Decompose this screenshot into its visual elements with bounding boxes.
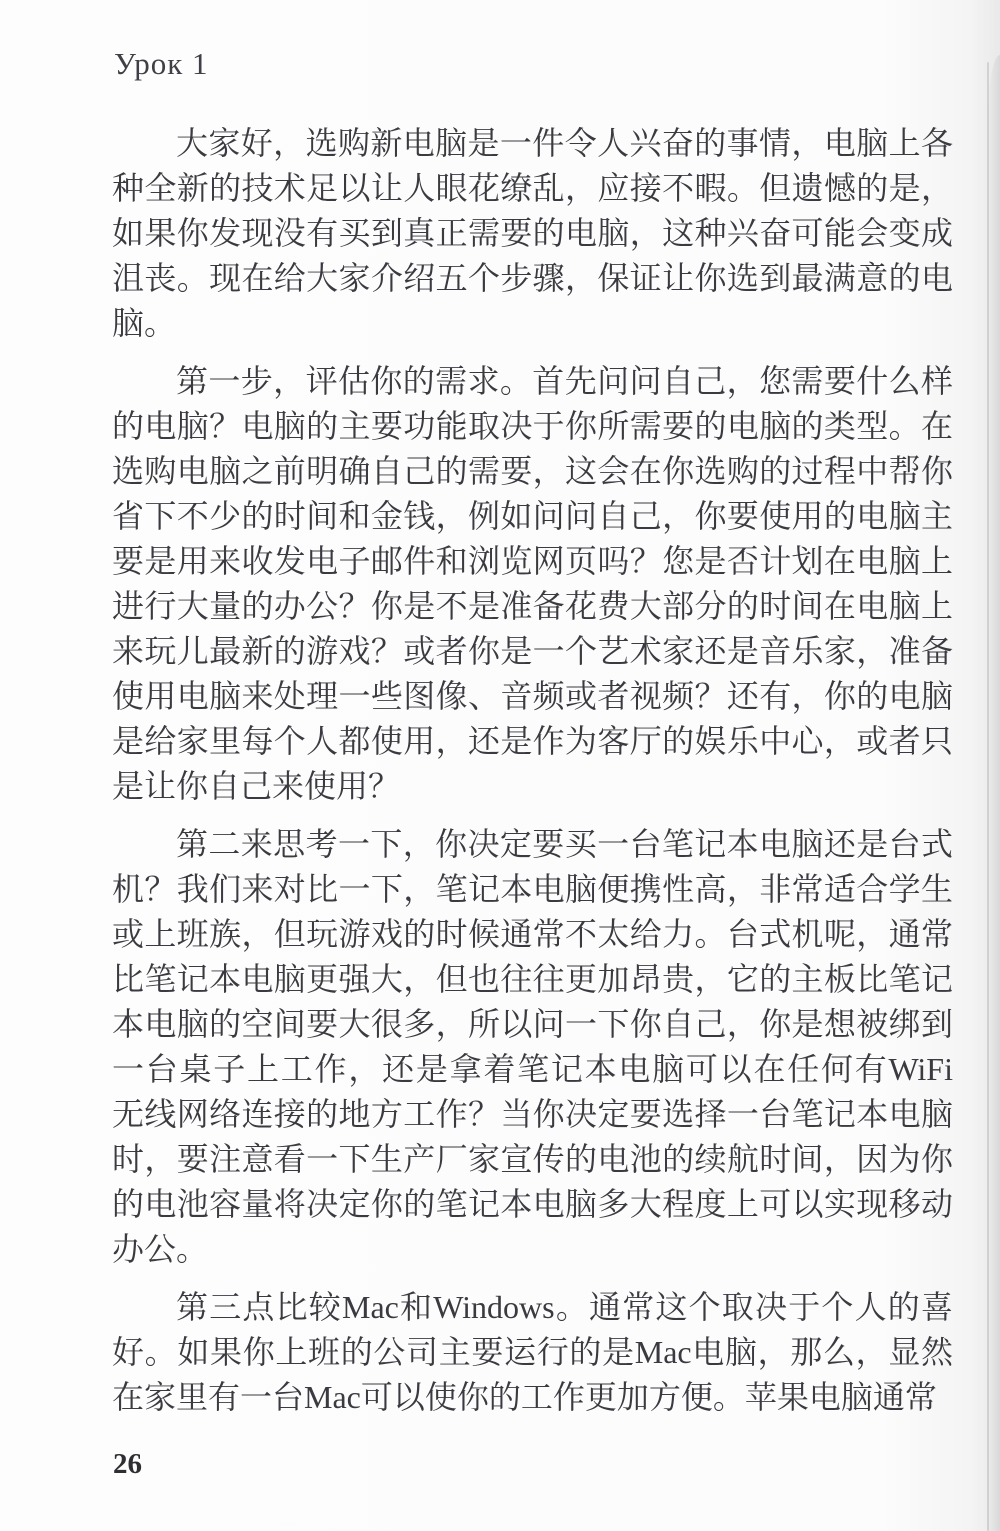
text-line: 好。如果你上班的公司主要运行的是Mac电脑，那么，显然 — [112, 1330, 953, 1375]
text-line: 的电池容量将决定你的笔记本电脑多大程度上可以实现移动 — [112, 1182, 953, 1227]
text-line: 进行大量的办公？你是不是准备花费大部分的时间在电脑上 — [112, 584, 953, 629]
text-line: 第二来思考一下，你决定要买一台笔记本电脑还是台式 — [112, 822, 953, 867]
text-line: 大家好，选购新电脑是一件令人兴奋的事情，电脑上各 — [112, 121, 953, 166]
text-line: 是让你自己来使用？ — [112, 764, 953, 809]
text-line: 比笔记本电脑更强大，但也往往更加昂贵，它的主板比笔记 — [112, 957, 953, 1002]
text-line: 种全新的技术足以让人眼花缭乱，应接不暇。但遗憾的是， — [112, 166, 953, 211]
text-line: 省下不少的时间和金钱，例如问问自己，你要使用的电脑主 — [112, 494, 953, 539]
text-line: 第三点比较Mac和Windows。通常这个取决于个人的喜 — [112, 1285, 953, 1330]
paragraph: 第三点比较Mac和Windows。通常这个取决于个人的喜好。如果你上班的公司主要… — [112, 1285, 953, 1420]
text-line: 沮丧。现在给大家介绍五个步骤，保证让你选到最满意的电 — [112, 256, 953, 301]
text-line: 第一步，评估你的需求。首先问问自己，您需要什么样 — [112, 359, 953, 404]
text-line: 在家里有一台Mac可以使你的工作更加方便。苹果电脑通常 — [112, 1375, 953, 1420]
scan-edge-line — [987, 62, 989, 1531]
text-line: 如果你发现没有买到真正需要的电脑，这种兴奋可能会变成 — [112, 211, 953, 256]
body-text: 大家好，选购新电脑是一件令人兴奋的事情，电脑上各种全新的技术足以让人眼花缭乱，应… — [112, 121, 953, 1420]
text-line: 来玩儿最新的游戏？或者你是一个艺术家还是音乐家，准备 — [112, 629, 953, 674]
text-line: 脑。 — [112, 301, 953, 346]
paragraph: 第一步，评估你的需求。首先问问自己，您需要什么样的电脑？电脑的主要功能取决于你所… — [112, 359, 953, 809]
text-line: 时，要注意看一下生产厂家宣传的电池的续航时间，因为你 — [112, 1137, 953, 1182]
text-line: 或上班族，但玩游戏的时候通常不太给力。台式机呢，通常 — [112, 912, 953, 957]
page-number: 26 — [113, 1448, 142, 1481]
text-line: 本电脑的空间要大很多，所以问一下你自己，你是想被绑到 — [112, 1002, 953, 1047]
text-line: 无线网络连接的地方工作？当你决定要选择一台笔记本电脑 — [112, 1092, 953, 1137]
text-line: 要是用来收发电子邮件和浏览网页吗？您是否计划在电脑上 — [112, 539, 953, 584]
text-line: 是给家里每个人都使用，还是作为客厅的娱乐中心，或者只 — [112, 719, 953, 764]
text-line: 选购电脑之前明确自己的需要，这会在你选购的过程中帮你 — [112, 449, 953, 494]
text-line: 机？我们来对比一下，笔记本电脑便携性高，非常适合学生 — [112, 867, 953, 912]
text-line: 使用电脑来处理一些图像、音频或者视频？还有，你的电脑 — [112, 674, 953, 719]
text-line: 一台桌子上工作，还是拿着笔记本电脑可以在任何有WiFi — [112, 1047, 953, 1092]
lesson-header: Урок 1 — [114, 46, 209, 82]
text-line: 的电脑？电脑的主要功能取决于你所需要的电脑的类型。在 — [112, 404, 953, 449]
text-line: 办公。 — [112, 1227, 953, 1272]
paragraph: 大家好，选购新电脑是一件令人兴奋的事情，电脑上各种全新的技术足以让人眼花缭乱，应… — [112, 121, 953, 346]
scanned-book-page: Урок 1 大家好，选购新电脑是一件令人兴奋的事情，电脑上各种全新的技术足以让… — [0, 0, 1000, 1531]
paragraph: 第二来思考一下，你决定要买一台笔记本电脑还是台式机？我们来对比一下，笔记本电脑便… — [112, 822, 953, 1272]
